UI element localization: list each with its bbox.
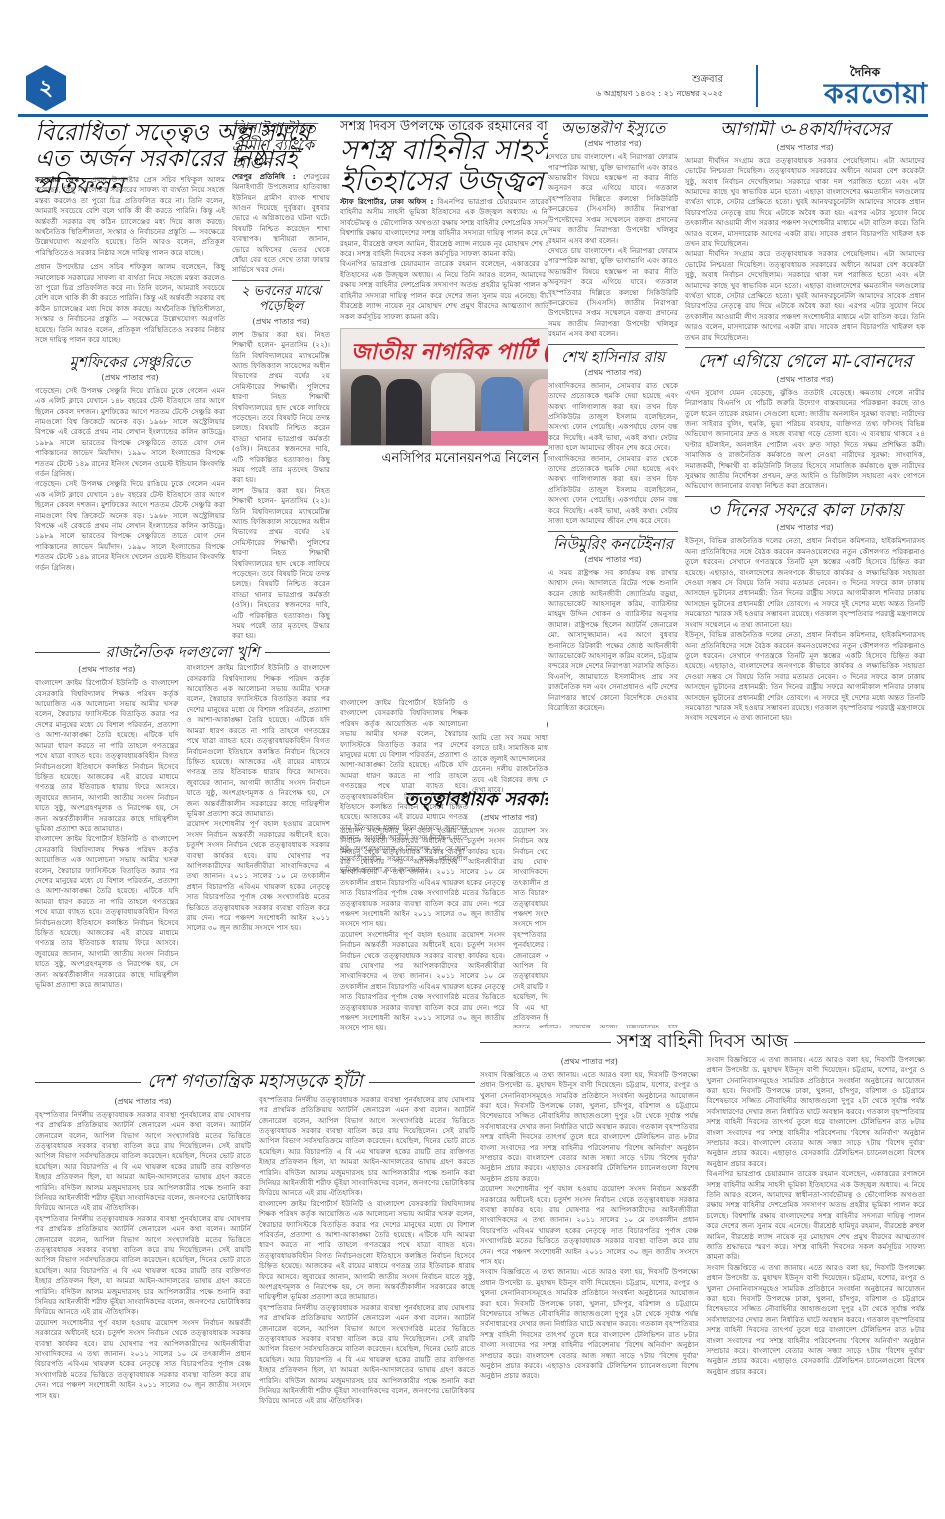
masthead-divider [756, 65, 758, 107]
article-3-day-visit: ৩ দিনের সফরে কাল ঢাকায় (প্রথম পাতার পর)… [685, 501, 925, 724]
article-body: সংবাদ বিজ্ঞপ্তিতে এ তথ্য জানায়। এতে আরও… [707, 1055, 926, 1169]
continuation-label: (প্রথম পাতার পর) [685, 142, 925, 155]
left-subcolumn-b: ঝিনাইগাতীতে গ্রামীণ ব্যাংকে আগুন শেরপুর … [232, 120, 330, 642]
newspaper-logo: দৈনিক করতোয়া [768, 65, 928, 109]
article-body-filler: বৃহস্পতিবার নির্দলীয় তত্ত্বাবধায়ক সরকা… [259, 1303, 475, 1407]
divider [369, 1082, 475, 1083]
article-body: শেরপুর প্রতিনিধি : শেরপুরের ঝিনাইগাতী উপ… [232, 172, 330, 276]
article-body: আমরা দীর্ঘদিন সংগ্রাম করে তত্ত্বাবধায়ক … [685, 156, 925, 250]
article-body-filler: সংবাদ বিজ্ঞপ্তিতে এ তথ্য জানায়। এতে আরও… [707, 1263, 926, 1377]
left-subcolumn-a: করতোয়া ডেস্ক : প্রধান উপদেষ্টার প্রেস স… [35, 175, 225, 573]
article-body-filler: ত্রয়োদশ সংশোধনীর পূর্ণ বহাল হওয়ায় ত্র… [340, 930, 505, 1034]
section-heading: দেশ গণতান্ত্রিক মহাসড়কে হাঁটা [35, 1072, 475, 1093]
article-hasina-verdict: শেখ হাসিনার রায় (প্রথম পাতার পর) সাংবাদ… [548, 349, 678, 527]
article-headline: শেখ হাসিনার রায় [548, 349, 678, 366]
article-headline: ঝিনাইগাতীতে গ্রামীণ ব্যাংকে আগুন [232, 120, 330, 172]
section-heading: রাজনৈতিক দলগুলো খুশি [35, 644, 330, 661]
divider [685, 347, 925, 348]
article-body-filler: বাংলাদেশ ক্রাইম রিপোর্টার্স ইউনিটি ও বাং… [35, 834, 179, 990]
weekday: শুক্রবার [596, 73, 723, 87]
article-headline: দেশ এগিয়ে গেলে মা-বোনদের [685, 352, 925, 373]
col: (প্রথম পাতার পর) বাংলাদেশ ক্রাইম রিপোর্ট… [35, 663, 179, 990]
article-body-filler: ত্রয়োদশ সংশোধনীর পূর্ণ বহাল হওয়ায় ত্র… [480, 1184, 699, 1267]
article-body-filler: বিএনপির ভারপ্রাপ্ত চেয়ারম্যান তারেক রহম… [707, 1169, 926, 1263]
article-body-filler: সংবাদ বিজ্ঞপ্তিতে এ তথ্য জানায়। এতে আরও… [480, 1267, 699, 1381]
article-body-filler: গড়েছেন। সেই উপলক্ষ সেঞ্চুরি দিয়ে রাঙিয… [35, 479, 225, 573]
byline: শেরপুর প্রতিনিধি : [232, 172, 296, 181]
article-body-filler: ত্রয়োদশ সংশোধনীর পূর্ণ বহাল হওয়ায় ত্র… [35, 1318, 251, 1401]
continuation-label: (প্রথম পাতার পর) [35, 372, 225, 385]
divider [35, 1082, 141, 1083]
right-column: আগামী ৩-৪কার্যদিবসের (প্রথম পাতার পর) আম… [685, 120, 925, 724]
article-body: গড়েছেন। সেই উপলক্ষ সেঞ্চুরি দিয়ে রাঙিয… [35, 386, 225, 480]
page-number-badge: ২ [26, 65, 66, 111]
byline: করতোয়া ডেস্ক : [35, 175, 87, 184]
article-internal-issue-main: অভ্যন্তরীণ ইস্যুতে (প্রথম পাতার পর) দেখত… [548, 120, 678, 340]
article-body-filler: আমরা দীর্ঘদিন সংগ্রাম করে তত্ত্বাবধায়ক … [685, 249, 925, 343]
two-column-body: (প্রথম পাতার পর) বাংলাদেশ ক্রাইম রিপোর্ট… [35, 663, 330, 990]
issue-date: ৬ অগ্রহায়ণ ১৪৩২ : ২১ নভেম্বর ২০২৫ [596, 87, 723, 101]
article-body: বৃহস্পতিবার নির্দলীয় তত্ত্বাবধায়ক সরকা… [35, 1110, 251, 1214]
date-block: শুক্রবার ৬ অগ্রহায়ণ ১৪৩২ : ২১ নভেম্বর ২… [596, 73, 723, 101]
article-newmooring: নিউমুরিং কনটেইনার (প্রথম পাতার পর) এ সময… [548, 536, 678, 714]
article-body: ত্রয়োদশ সংশোধনীর পূর্ণ বহাল হওয়ায় ত্র… [340, 826, 505, 930]
newspaper-page: ২ শুক্রবার ৬ অগ্রহায়ণ ১৪৩২ : ২১ নভেম্বর… [0, 0, 945, 1519]
article-headline: নিউমুরিং কনটেইনার [548, 536, 678, 553]
article-armed-forces-day: সশস্ত্র বাহিনী দিবস আজ (প্রথম পাতার পর) … [480, 1028, 925, 1382]
continuation-label: (প্রথম পাতার পর) [480, 1056, 699, 1069]
divider [265, 652, 330, 653]
article-body: সংবাদ বিজ্ঞপ্তিতে এ তথ্য জানায়। এতে আরও… [480, 1070, 699, 1184]
article-parties-happy: রাজনৈতিক দলগুলো খুশি (প্রথম পাতার পর) বা… [35, 640, 330, 990]
divider [548, 344, 678, 345]
narrow-right-column: অভ্যন্তরীণ ইস্যুতে (প্রথম পাতার পর) দেখত… [548, 120, 678, 1025]
article-headline: মুশফিকের সেঞ্চুরিতে [35, 354, 225, 371]
continuation-label: (প্রথম পাতার পর) [35, 664, 179, 677]
divider [232, 280, 330, 281]
continuation-label: (প্রথম পাতার পর) [685, 374, 925, 387]
article-headline: রাজনৈতিক দলগুলো খুশি [106, 644, 260, 661]
continuation-label: (প্রথম পাতার পর) [548, 138, 678, 151]
article-headline: ৩ দিনের সফরে কাল ঢাকায় [685, 501, 925, 522]
article-body: বাংলাদেশ ক্রাইম রিপোর্টার্স ইউনিটি ও বাং… [187, 663, 331, 819]
continuation-label: (প্রথম পাতার পর) [35, 1096, 251, 1109]
article-body: এ সময় রাষ্ট্রপক্ষ সব কার্যক্রম বন্ধ রাখ… [548, 568, 678, 714]
article-mothers-sisters: দেশ এগিয়ে গেলে মা-বোনদের (প্রথম পাতার প… [685, 352, 925, 492]
col: (প্রথম পাতার পর) বৃহস্পতিবার নির্দলীয় ত… [35, 1095, 251, 1407]
article-democratic-highway: দেশ গণতান্ত্রিক মহাসড়কে হাঁটা (প্রথম পা… [35, 1068, 475, 1407]
continuation-label: (প্রথম পাতার পর) [232, 316, 330, 329]
article-headline: দেশ গণতান্ত্রিক মহাসড়কে হাঁটা [147, 1072, 362, 1093]
person [351, 375, 381, 445]
article-between-buildings: ২ ভবনের মাঝে পড়েছিল (প্রথম পাতার পর) লা… [232, 285, 330, 642]
byline: স্টাফ রিপোর্টার, ঢাকা অফিস : [340, 197, 433, 206]
page-number: ২ [26, 71, 66, 108]
divider [685, 496, 925, 497]
continuation-label: (প্রথম পাতার পর) [685, 522, 925, 535]
continuation-label: (প্রথম পাতার পর) [548, 554, 678, 567]
two-column-body: (প্রথম পাতার পর) বৃহস্পতিবার নির্দলীয় ত… [35, 1095, 475, 1407]
article-headline: সশস্ত্র বাহিনী দিবস আজ [617, 1032, 788, 1053]
col: বৃহস্পতিবার নির্দলীয় তত্ত্বাবধায়ক সরকা… [259, 1095, 475, 1407]
article-body: ইউনূস, বিভিন্ন রাজনৈতিক দলের নেতা, প্রধা… [685, 536, 925, 630]
article-headline: আগামী ৩-৪কার্যদিবসের [685, 120, 925, 141]
article-body-filler: দেখতে চায় বাংলাদেশ। এই নিরাপত্তা ফোরাম … [548, 246, 678, 340]
divider [794, 1042, 925, 1043]
article-headline: ২ ভবনের মাঝে পড়েছিল [232, 285, 330, 315]
article-body: বাংলাদেশ ক্রাইম রিপোর্টার্স ইউনিটি ও বাং… [35, 678, 179, 834]
divider [35, 652, 100, 653]
continuation-label: (প্রথম পাতার পর) [548, 367, 678, 380]
section-heading: সশস্ত্র বাহিনী দিবস আজ [480, 1032, 925, 1053]
article-body-filler: ত্রয়োদশ সংশোধনীর পূর্ণ বহাল হওয়ায় ত্র… [187, 819, 331, 933]
article-body: লাশ উদ্ধার করা হয়। নিহত শিক্ষার্থী হলেন… [232, 330, 330, 486]
article-body: সাংবাদিকদের জানান, সোমবার রাত থেকে তাদের… [548, 381, 678, 454]
masthead-rule [18, 114, 928, 117]
two-column-body: (প্রথম পাতার পর) সংবাদ বিজ্ঞপ্তিতে এ তথ্… [480, 1055, 925, 1382]
person [386, 379, 422, 445]
masthead: ২ শুক্রবার ৬ অগ্রহায়ণ ১৪৩২ : ২১ নভেম্বর… [18, 65, 928, 117]
logo-big-text: করতোয়া [768, 79, 928, 109]
article-body: বৃহস্পতিবার নির্দলীয় তত্ত্বাবধায়ক সরকা… [259, 1095, 475, 1199]
article-mushfiq: মুশফিকের সেঞ্চুরিতে (প্রথম পাতার পর) গড়… [35, 354, 225, 574]
article-body-filler: বাংলাদেশ ক্রাইম রিপোর্টার্স ইউনিটি ও বাং… [259, 1199, 475, 1303]
col: বাংলাদেশ ক্রাইম রিপোর্টার্স ইউনিটি ও বাং… [187, 663, 331, 990]
article-body: দেখতে চায় বাংলাদেশ। এই নিরাপত্তা ফোরাম … [548, 152, 678, 246]
divider [548, 531, 678, 532]
article-body-filler: বৃহস্পতিবার নির্দলীয় তত্ত্বাবধায়ক সরকা… [35, 1214, 251, 1318]
article-body-filler: সাংবাদিকদের জানান, সোমবার রাত থেকে তাদের… [548, 454, 678, 527]
col: (প্রথম পাতার পর) সংবাদ বিজ্ঞপ্তিতে এ তথ্… [480, 1055, 699, 1382]
article-body-filler: লাশ উদ্ধার করা হয়। নিহত শিক্ষার্থী হলেন… [232, 486, 330, 642]
divider [480, 1042, 611, 1043]
article-headline: অভ্যন্তরীণ ইস্যুতে [548, 120, 678, 137]
article-jhenaigati-fire: ঝিনাইগাতীতে গ্রামীণ ব্যাংকে আগুন শেরপুর … [232, 120, 330, 276]
article-3-4-workdays: আগামী ৩-৪কার্যদিবসের (প্রথম পাতার পর) আম… [685, 120, 925, 343]
article-body: করতোয়া ডেস্ক : প্রধান উপদেষ্টার প্রেস স… [35, 175, 225, 258]
article-body: এখন সুযোগ যেমন বেড়েছে, ঝুঁকিও ততটাই বেড… [685, 388, 925, 492]
col: সংবাদ বিজ্ঞপ্তিতে এ তথ্য জানায়। এতে আরও… [707, 1055, 926, 1382]
article-body-filler: ইউনূস, বিভিন্ন রাজনৈতিক দলের নেতা, প্রধা… [685, 630, 925, 724]
article-body-filler: প্রধান উপদেষ্টার প্রেস সচিব শফিকুল আলম ব… [35, 262, 225, 345]
